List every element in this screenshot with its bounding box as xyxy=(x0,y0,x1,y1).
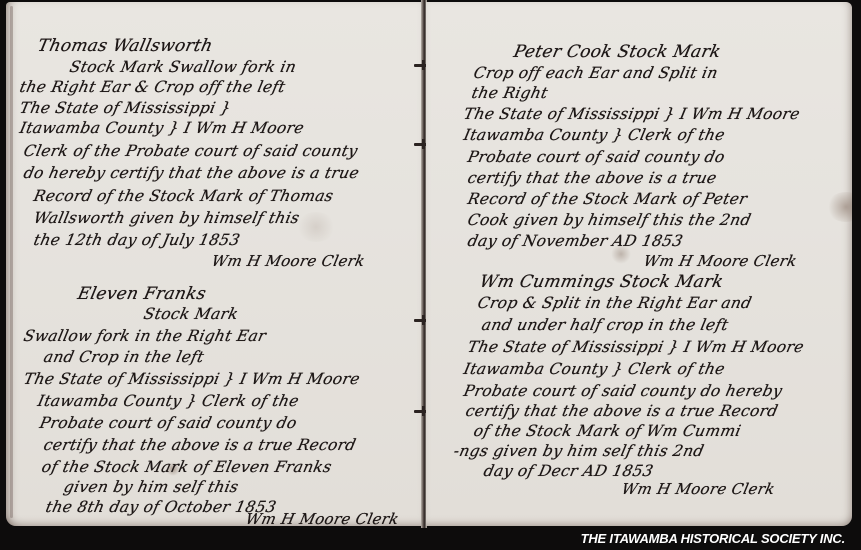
entry-line: Swallow fork in the Right Ear xyxy=(22,327,268,345)
entry-line: Itawamba County } Clerk of the xyxy=(462,360,727,378)
entry-line: day of Decr AD 1853 xyxy=(482,462,655,480)
entry-line: of the Stock Mark of Wm Cummi xyxy=(472,422,743,440)
entry-line: The State of Mississippi } I Wm H Moore xyxy=(466,338,806,356)
paper-stain xyxy=(296,212,336,242)
entry-line: Record of the Stock Mark of Thomas xyxy=(32,187,335,205)
entry-heading: Peter Cook Stock Mark xyxy=(512,42,723,62)
entry-line: Stock Mark Swallow fork in xyxy=(68,58,298,76)
clerk-signature: Wm H Moore Clerk xyxy=(642,252,799,270)
entry-line: Itawamba County } I Wm H Moore xyxy=(18,119,306,137)
entry-line: the Right xyxy=(470,84,550,102)
entry-line: day of November AD 1853 xyxy=(466,232,685,250)
entry-line: the 12th day of July 1853 xyxy=(32,231,242,249)
entry-line: Itawamba County } Clerk of the xyxy=(462,126,727,144)
entry-line: of the Stock Mark of Eleven Franks xyxy=(40,458,333,476)
entry-line: certify that the above is a true Record xyxy=(42,436,358,454)
entry-line: Probate court of said county do xyxy=(38,414,298,432)
entry-line: The State of Mississippi } I Wm H Moore xyxy=(462,105,802,123)
entry-line: Probate court of said county do xyxy=(466,148,726,166)
entry-line: certify that the above is a true Record xyxy=(464,402,780,420)
entry-heading: Eleven Franks xyxy=(76,284,208,304)
clerk-signature: Wm H Moore Clerk xyxy=(210,252,367,270)
entry-line: and Crop in the left xyxy=(42,348,206,366)
entry-line: the Right Ear & Crop off the left xyxy=(18,78,287,96)
entry-line: the 8th day of October 1853 xyxy=(44,498,278,516)
ledger-book-photo: Thomas Wallsworth Stock Mark Swallow for… xyxy=(0,0,861,550)
entry-line: and under half crop in the left xyxy=(480,316,730,334)
right-page: Peter Cook Stock Mark Crop off each Ear … xyxy=(426,2,852,526)
clerk-signature: Wm H Moore Clerk xyxy=(620,480,777,498)
entry-line: Crop off each Ear and Split in xyxy=(472,64,720,82)
entry-line: Stock Mark xyxy=(142,305,240,323)
entry-heading: Wm Cummings Stock Mark xyxy=(478,272,725,292)
entry-line: Record of the Stock Mark of Peter xyxy=(466,190,749,208)
clerk-signature: Wm H Moore Clerk xyxy=(244,510,401,526)
entry-line: Itawamba County } Clerk of the xyxy=(36,392,301,410)
left-page: Thomas Wallsworth Stock Mark Swallow for… xyxy=(6,2,422,526)
entry-line: Wallsworth given by himself this xyxy=(32,209,301,227)
entry-line: The State of Mississippi } I Wm H Moore xyxy=(22,370,362,388)
entry-line: Clerk of the Probate court of said count… xyxy=(22,142,359,160)
entry-line: Cook given by himself this the 2nd xyxy=(466,211,753,229)
paper-stain xyxy=(826,192,852,222)
entry-line: The State of Mississippi } xyxy=(18,99,233,117)
entry-heading: Thomas Wallsworth xyxy=(36,36,215,56)
entry-line: do hereby certify that the above is a tr… xyxy=(22,164,361,182)
entry-line: Probate court of said county do hereby xyxy=(462,382,784,400)
entry-line: certify that the above is a true xyxy=(466,169,718,187)
entry-line: given by him self this xyxy=(62,478,240,496)
entry-line: Crop & Split in the Right Ear and xyxy=(476,294,753,312)
entry-line: -ngs given by him self this 2nd xyxy=(452,442,706,460)
watermark-caption: THE ITAWAMBA HISTORICAL SOCIETY INC. xyxy=(581,531,845,546)
